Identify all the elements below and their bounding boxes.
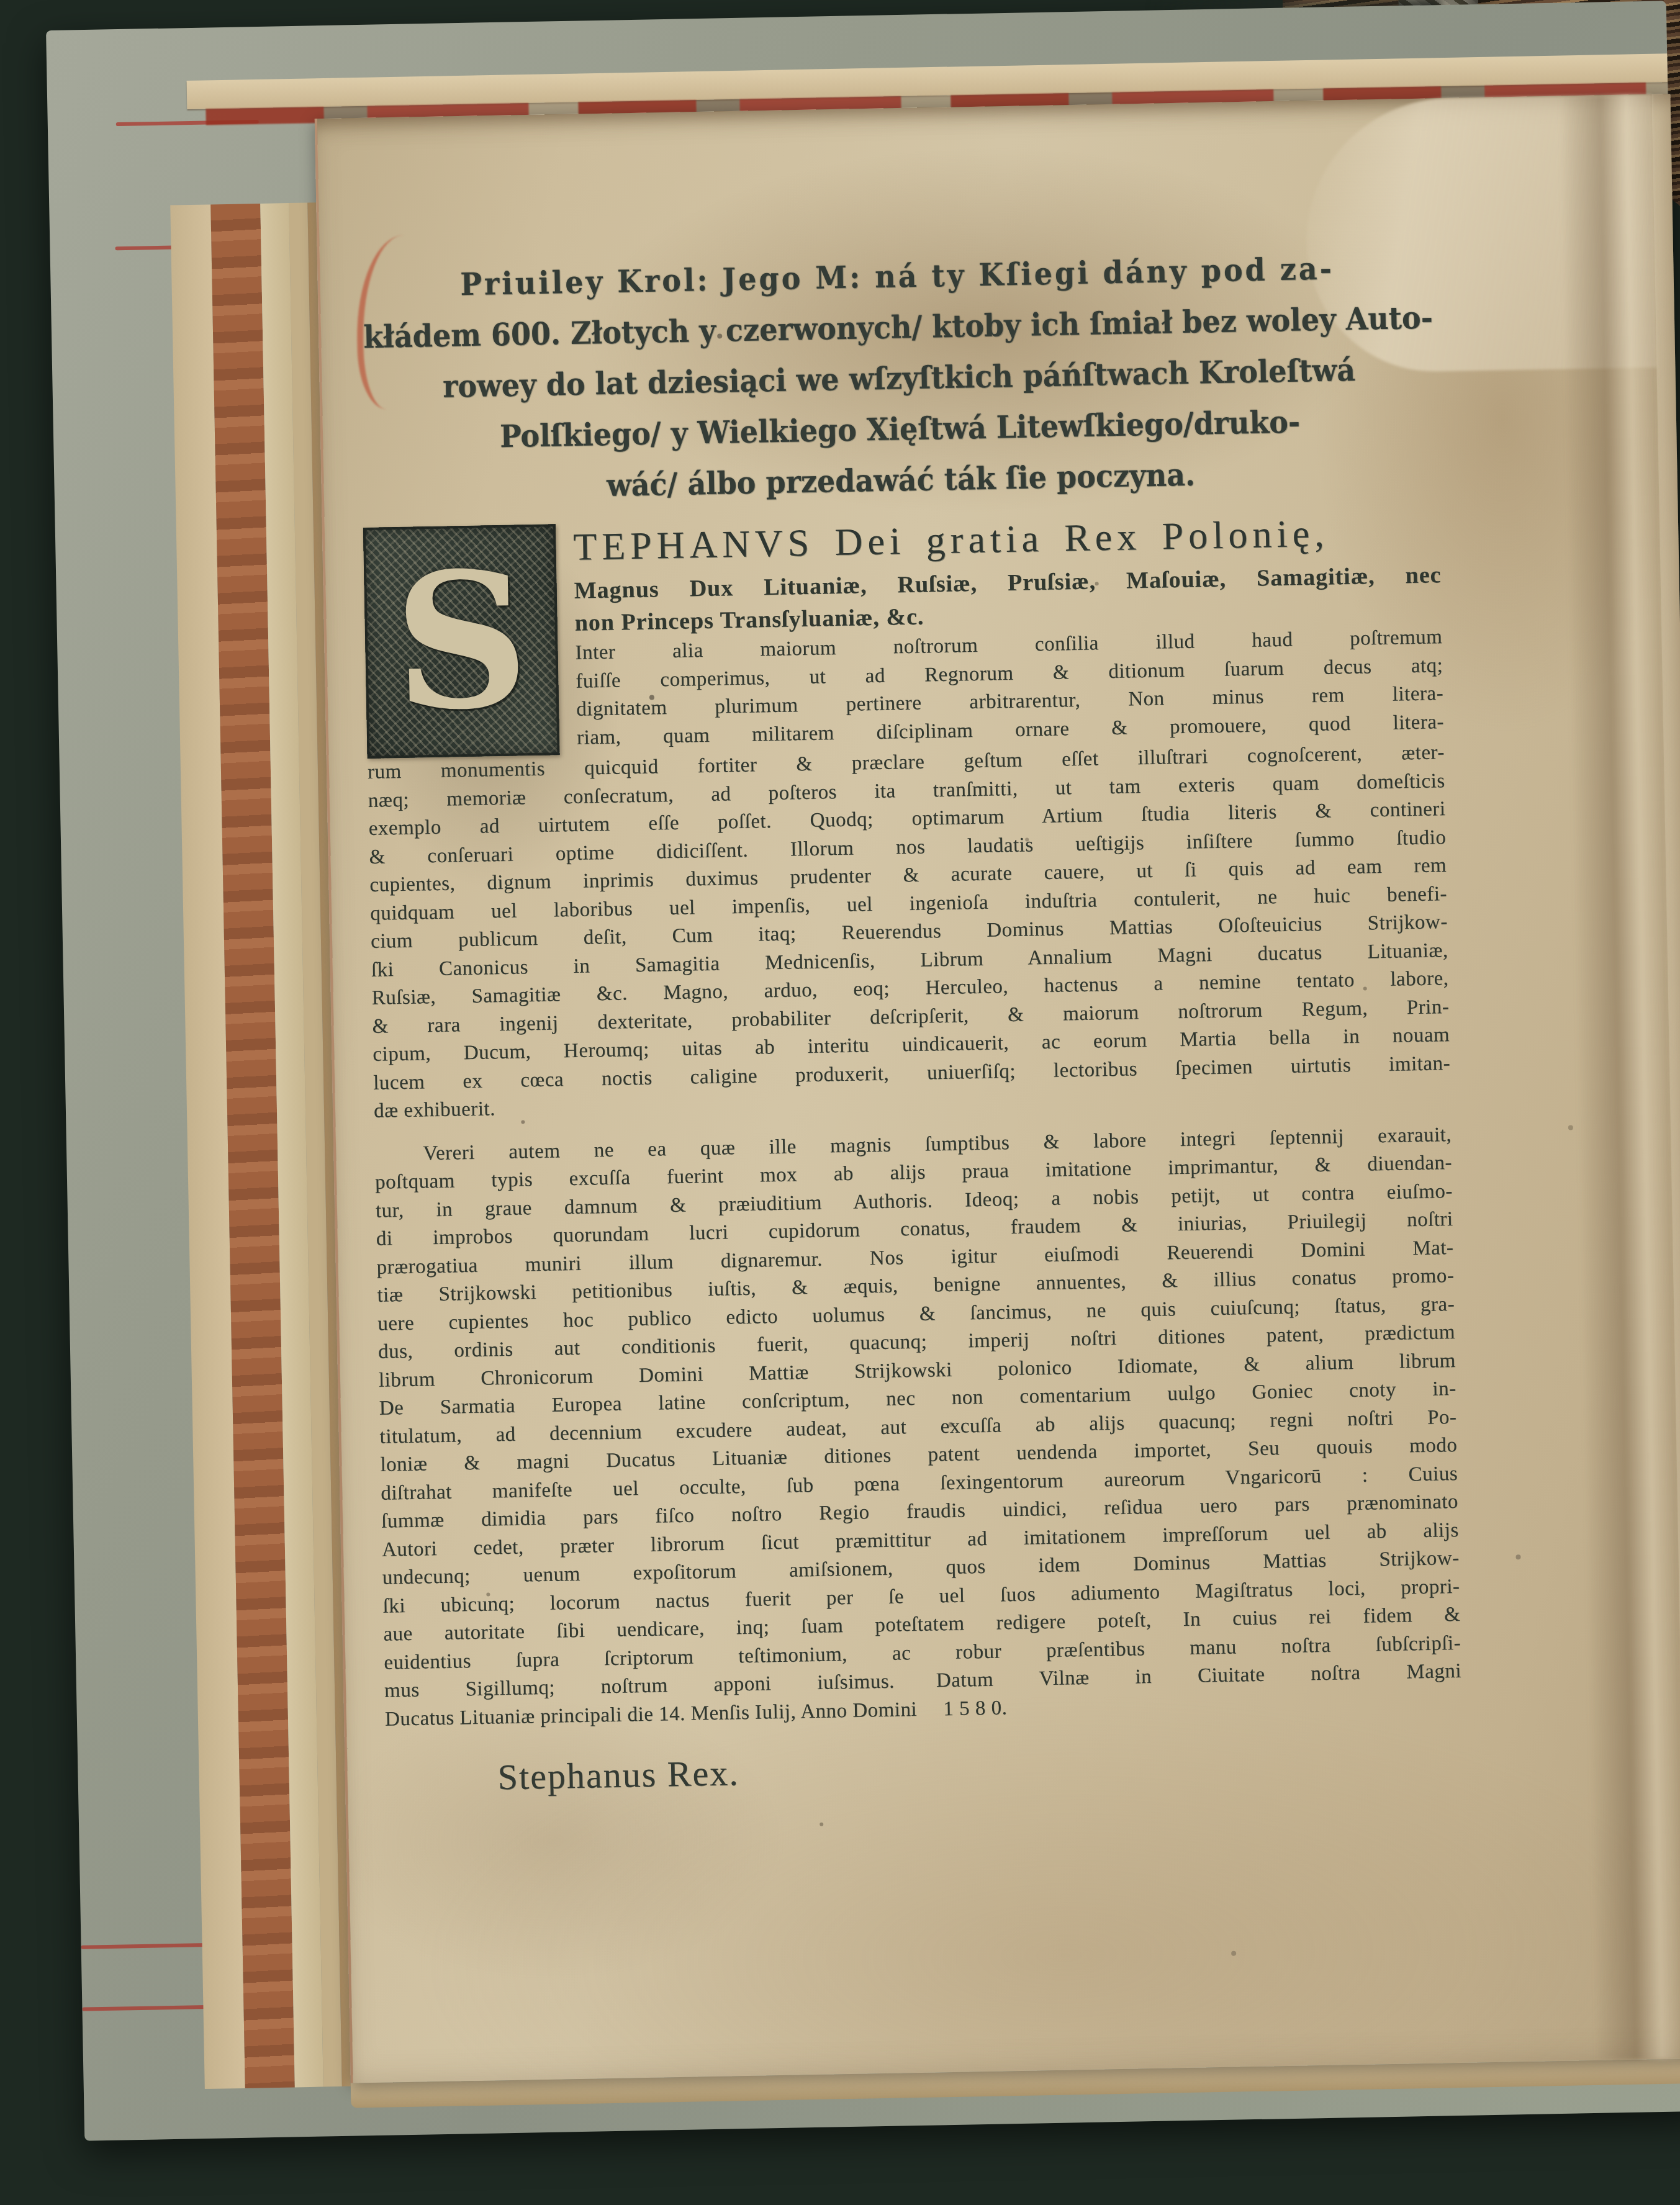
latin-paragraph-2: Vereri autem ne ea quæ ille magnis ſumpt… — [374, 1121, 1462, 1734]
privilege-header: Priuiley Krol: Jego M: ná ty Kſiegi dány… — [358, 241, 1440, 515]
latin-paragraph-1: rum monumentis quicquid fortiter & præcl… — [368, 739, 1452, 1125]
initial-letter: S — [392, 547, 530, 736]
scan-background: Priuiley Krol: Jego M: ná ty Kſiegi dány… — [0, 0, 1680, 2205]
signature-stephanus-rex: Stephanus Rex. — [497, 1739, 1463, 1798]
woodcut-initial-S: S — [363, 524, 560, 759]
book: Priuiley Krol: Jego M: ná ty Kſiegi dány… — [46, 1, 1680, 2140]
manuscript-page: Priuiley Krol: Jego M: ná ty Kſiegi dány… — [315, 94, 1680, 2083]
text-column: Priuiley Krol: Jego M: ná ty Kſiegi dány… — [358, 241, 1463, 1800]
paper-specks — [317, 119, 320, 121]
